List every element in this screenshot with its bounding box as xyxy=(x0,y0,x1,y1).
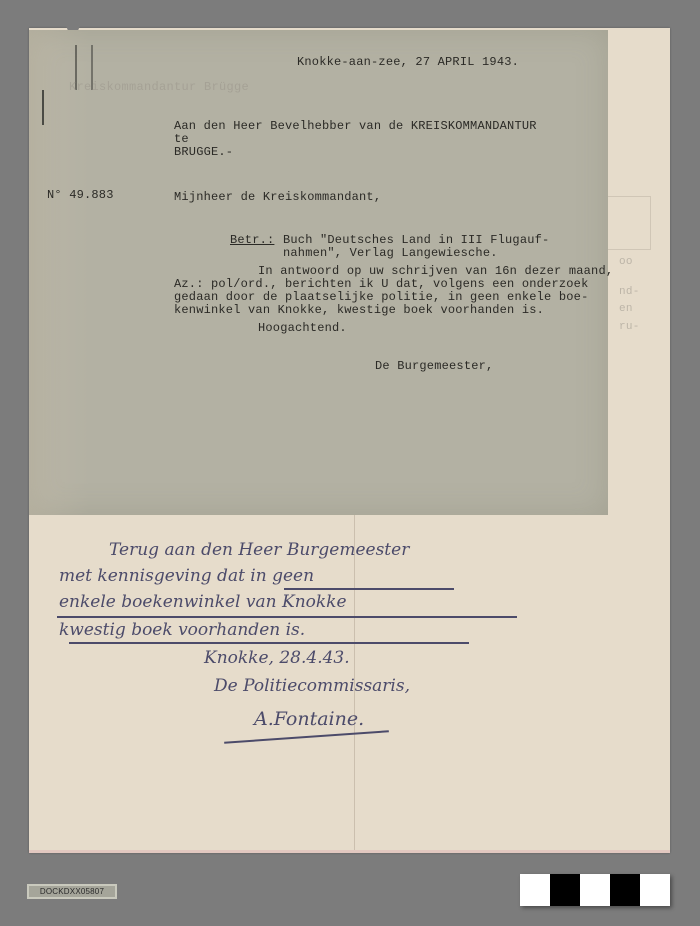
handwritten-line-3: enkele boekenwinkel van Knokke xyxy=(59,592,347,612)
scale-white-block xyxy=(640,874,670,906)
addressee-line-3: BRUGGE.- xyxy=(174,146,233,159)
handwritten-line-1: Terug aan den Heer Burgemeester xyxy=(109,540,409,560)
scale-white-block xyxy=(520,874,550,906)
signatory: De Burgemeester, xyxy=(375,360,493,373)
closing: Hoogachtend. xyxy=(258,322,347,335)
body-line-4: kenwinkel van Knokke, kwestige boek voor… xyxy=(174,304,544,317)
document-page: oo nd- en ru- Kreiskommandantur Brügge K… xyxy=(29,28,670,853)
reference-number: N° 49.883 xyxy=(47,189,114,202)
place-date: Knokke-aan-zee, 27 APRIL 1943. xyxy=(297,56,519,69)
addressee-line-1: Aan den Heer Bevelhebber van de KREISKOM… xyxy=(174,120,537,133)
bleed-through-header: Kreiskommandantur Brügge xyxy=(69,80,249,94)
handwritten-signature: A.Fontaine. xyxy=(254,708,364,730)
faint-stamp-box xyxy=(607,196,651,250)
bleed-through-text: oo xyxy=(619,256,633,268)
handwritten-line-4: kwestig boek voorhanden is. xyxy=(59,620,305,640)
salutation: Mijnheer de Kreiskommandant, xyxy=(174,191,381,204)
handwritten-title: De Politiecommissaris, xyxy=(214,676,410,696)
handwritten-line-2: met kennisgeving dat in geen xyxy=(59,566,314,586)
scale-black-block xyxy=(550,874,580,906)
bleed-through-text: nd- xyxy=(619,286,640,298)
handwritten-underline xyxy=(69,642,469,644)
carbon-copy-sheet: Kreiskommandantur Brügge Knokke-aan-zee,… xyxy=(29,30,608,515)
subject-line-2: nahmen", Verlag Langewiesche. xyxy=(283,247,498,260)
catalog-label: DOCKDXX05807 xyxy=(27,884,117,899)
handwritten-underline xyxy=(57,616,517,618)
handwritten-date: Knokke, 28.4.43. xyxy=(204,648,350,668)
bleed-through-text: en xyxy=(619,303,633,315)
staple-mark xyxy=(42,90,44,125)
signature-flourish xyxy=(224,730,389,743)
scale-black-block xyxy=(610,874,640,906)
handwritten-underline xyxy=(284,588,454,590)
scale-white-block xyxy=(580,874,610,906)
color-scale-bar xyxy=(520,874,670,906)
bleed-through-text: ru- xyxy=(619,321,640,333)
subject-label: Betr.: xyxy=(230,234,274,247)
